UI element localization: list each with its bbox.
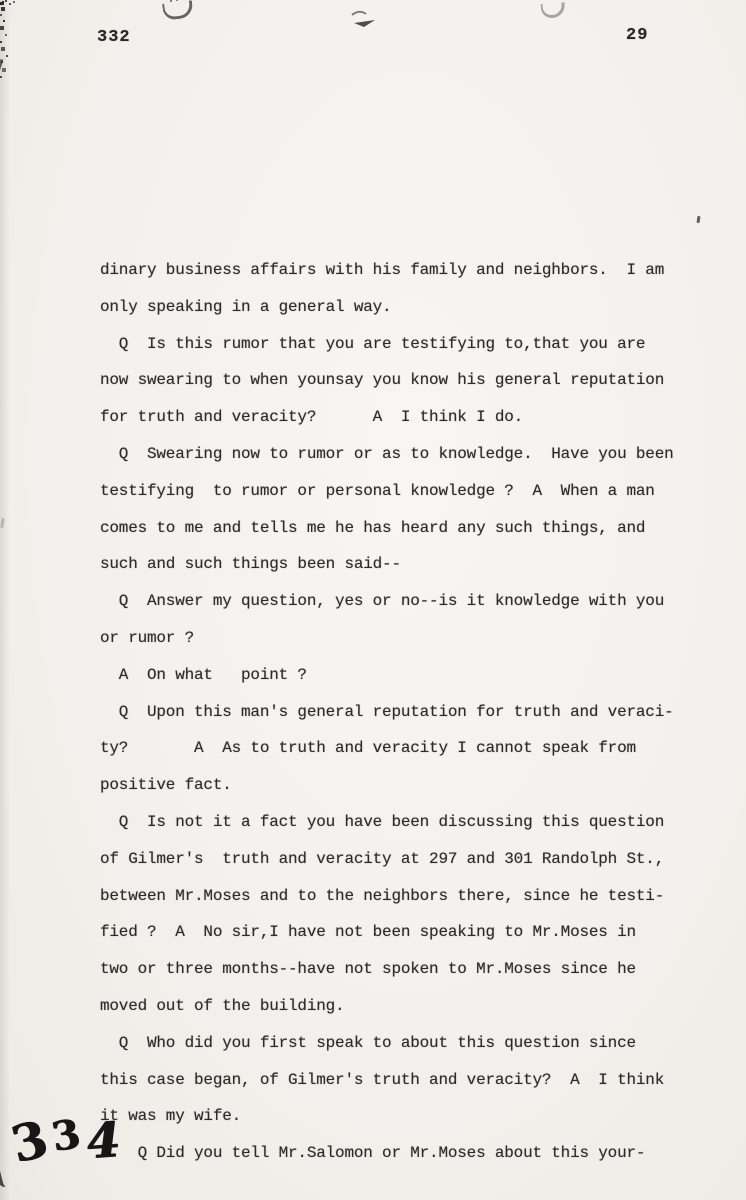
scan-noise-speckles-mark (0, 0, 2, 2)
transcript-line: comes to me and tells me he has heard an… (100, 510, 700, 547)
transcript-line: moved out of the building. (100, 988, 700, 1025)
page-number-left: 332 (97, 28, 131, 47)
transcript-line: ty? A As to truth and veracity I cannot … (100, 730, 700, 767)
transcript-line: this case began, of Gilmer's truth and v… (100, 1062, 700, 1099)
transcript-line: it was my wife. (100, 1098, 700, 1135)
transcript-line: Q Who did you first speak to about this … (100, 1025, 700, 1062)
transcript-line: between Mr.Moses and to the neighbors th… (100, 878, 700, 915)
transcript-line: Q Is not it a fact you have been discuss… (100, 804, 700, 841)
stray-ink-speck-mark (697, 216, 701, 223)
handwritten-page-number: 334 (12, 1112, 142, 1171)
transcript-line: Q Is this rumor that you are testifying … (100, 326, 700, 363)
transcript-line: fied ? A No sir,I have not been speaking… (100, 914, 700, 951)
scan-edge-shadow (0, 0, 10, 1200)
transcript-line: positive fact. (100, 767, 700, 804)
transcript-line: dinary business affairs with his family … (100, 252, 700, 289)
transcript-line: of Gilmer's truth and veracity at 297 an… (100, 841, 700, 878)
handwritten-digit: 3 (48, 1110, 84, 1161)
transcript-line: such and such things been said-- (100, 546, 700, 583)
handwritten-digit: 3 (5, 1109, 53, 1175)
transcript-body: dinary business affairs with his family … (100, 252, 700, 1172)
transcript-line: now swearing to when younsay you know hi… (100, 362, 700, 399)
transcript-line: Q Upon this man's general reputation for… (100, 694, 700, 731)
ink-smudge-curve-left-mark (162, 0, 194, 21)
transcript-line: or rumor ? (100, 620, 700, 657)
transcript-line: A On what point ? (100, 657, 700, 694)
scanned-transcript-page: 332 29 dinary business affairs with his … (0, 0, 746, 1200)
ink-smudge-arrow-mark (349, 8, 381, 32)
left-edge-bottom-tick-mark (0, 1169, 12, 1188)
page-number-right: 29 (626, 26, 648, 45)
ink-smudge-curve-right-mark (541, 2, 566, 19)
transcript-line: Q Did you tell Mr.Salomon or Mr.Moses ab… (100, 1135, 700, 1172)
transcript-line: two or three months--have not spoken to … (100, 951, 700, 988)
transcript-line: only speaking in a general way. (100, 289, 700, 326)
transcript-line: for truth and veracity? A I think I do. (100, 399, 700, 436)
transcript-line: Q Answer my question, yes or no--is it k… (100, 583, 700, 620)
transcript-line: testifying to rumor or personal knowledg… (100, 473, 700, 510)
handwritten-digit: 4 (85, 1112, 122, 1170)
transcript-line: Q Swearing now to rumor or as to knowled… (100, 436, 700, 473)
